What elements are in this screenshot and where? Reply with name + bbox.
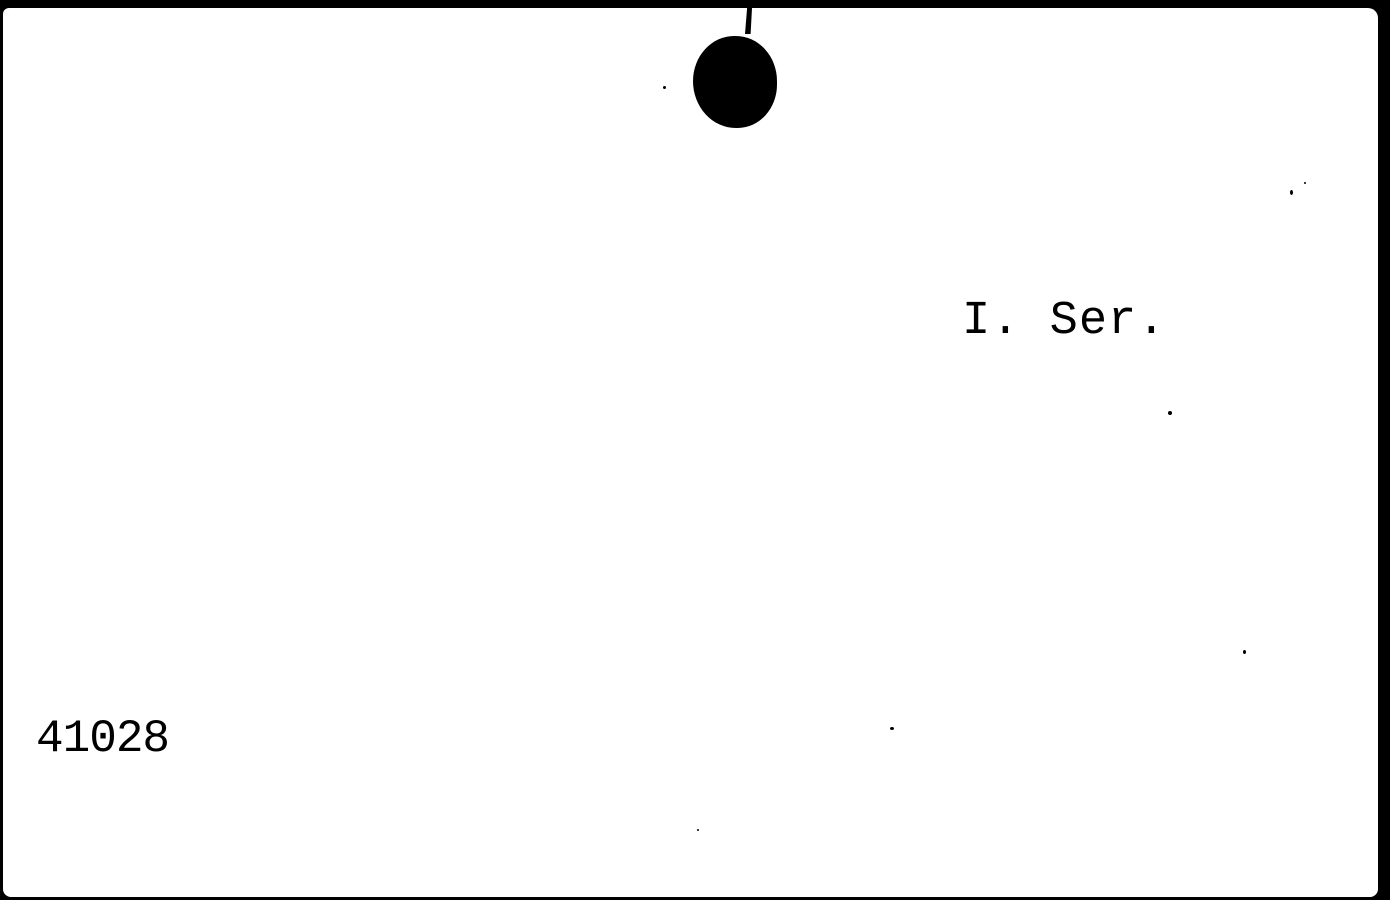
index-card: [3, 8, 1378, 897]
series-label: I. Ser.: [962, 298, 1166, 345]
dust-speck: [890, 727, 894, 730]
dust-speck: [1304, 182, 1306, 184]
scanned-index-card-image: I. Ser. 41028: [0, 0, 1390, 900]
dust-speck: [697, 829, 699, 831]
punch-hole: [693, 36, 777, 128]
dust-speck: [663, 86, 666, 89]
dust-speck: [1168, 411, 1172, 415]
dust-speck: [1243, 650, 1246, 654]
dust-speck: [1290, 190, 1293, 195]
card-number: 41028: [36, 716, 169, 762]
